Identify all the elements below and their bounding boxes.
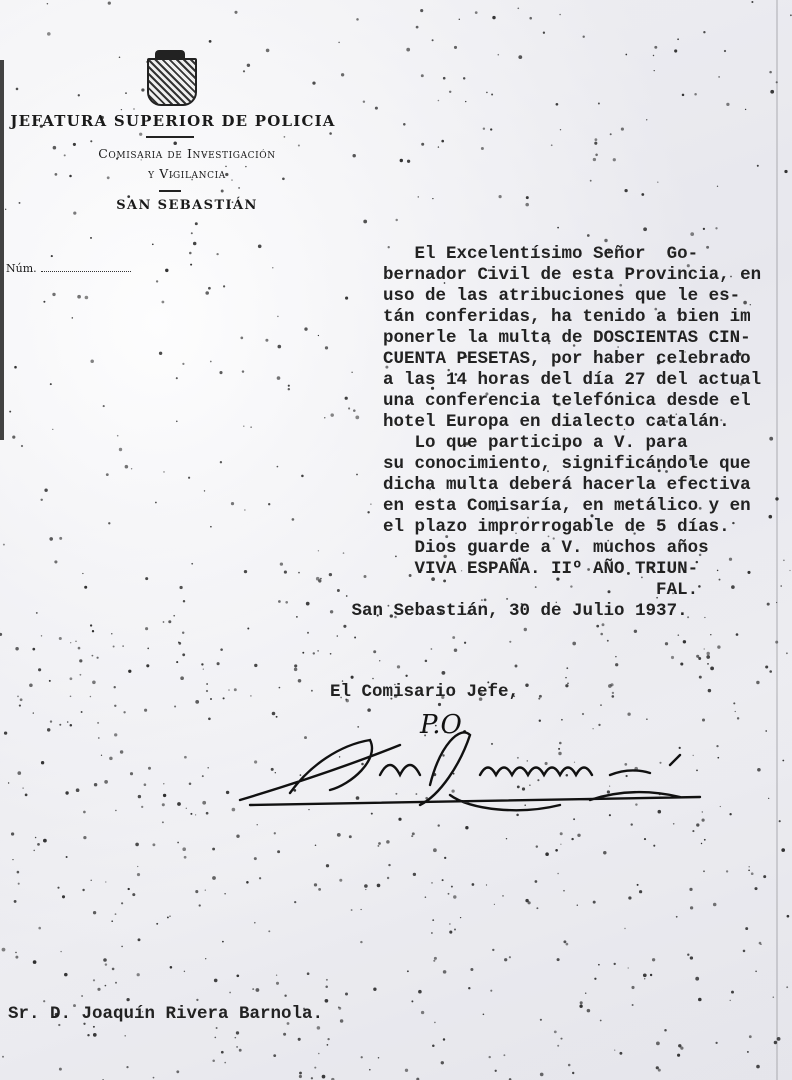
letter-body: El Excelentísimo Señor Go- bernador Civi… <box>278 244 778 622</box>
divider <box>159 190 181 192</box>
department-line-2: y Vigilancia <box>34 164 340 184</box>
letterhead-title: JEFATURA SUPERIOR DE POLICIA <box>6 112 340 130</box>
addressee: Sr. D. Joaquín Rivera Barnola. <box>8 1004 323 1024</box>
letterhead-city: SAN SEBASTIÁN <box>34 198 340 213</box>
signature: P.O. <box>230 705 740 815</box>
closing-title: El Comisario Jefe, <box>330 682 519 702</box>
coat-of-arms-icon <box>141 50 199 104</box>
svg-text:P.O.: P.O. <box>419 710 469 740</box>
number-label: Núm. <box>6 262 37 275</box>
department-line-1: Comisaria de Investigación <box>34 144 340 164</box>
document-page: JEFATURA SUPERIOR DE POLICIA Comisaria d… <box>0 0 792 1080</box>
divider <box>146 136 194 138</box>
reference-number: Núm. <box>6 262 131 275</box>
letterhead: JEFATURA SUPERIOR DE POLICIA Comisaria d… <box>0 50 340 213</box>
